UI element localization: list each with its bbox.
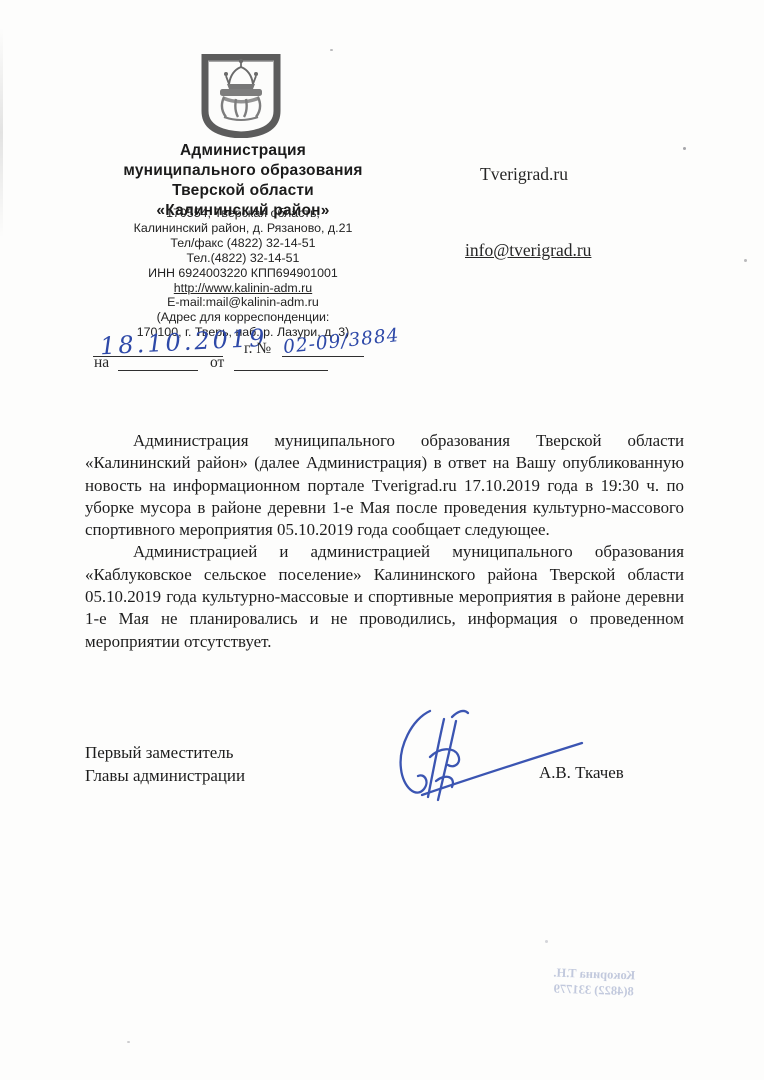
scan-speck xyxy=(127,1041,130,1043)
postal-note-line: (Адрес для корреспонденции: xyxy=(78,310,408,325)
bleedthrough-text: Кокорина Т.Н. 8(4822) 331779 xyxy=(533,964,654,1000)
bleedthrough-line: 8(4822) 331779 xyxy=(533,980,653,1000)
coat-of-arms-icon xyxy=(196,54,286,138)
signer-name: А.В. Ткачев xyxy=(539,763,624,783)
org-line: Администрация xyxy=(88,141,398,161)
letterhead-contacts: 170554, Тверская область, Калининский ра… xyxy=(78,206,408,340)
recipient-email: info@tverigrad.ru xyxy=(465,240,591,261)
na-label: на xyxy=(94,354,109,372)
body-paragraph-1: Администрация муниципального образования… xyxy=(85,430,684,541)
signer-position: Первый заместитель Главы администрации xyxy=(85,742,245,787)
phone-line: Тел.(4822) 32-14-51 xyxy=(78,251,408,266)
na-blank-line xyxy=(118,370,198,371)
scan-speck xyxy=(545,940,548,943)
signer-position-line: Главы администрации xyxy=(85,765,245,788)
body-paragraph-2: Администрацией и администрацией муниципа… xyxy=(85,541,684,652)
scan-speck xyxy=(744,259,747,262)
recipient-name: Tverigrad.ru xyxy=(480,164,568,185)
number-label: г. № xyxy=(244,340,271,358)
address-line: Калининский район, д. Рязаново, д.21 xyxy=(78,221,408,236)
date-blank-line xyxy=(93,356,223,357)
inn-kpp-line: ИНН 6924003220 КПП694901001 xyxy=(78,266,408,281)
org-line: Тверской области xyxy=(88,181,398,201)
letter-body: Администрация муниципального образования… xyxy=(85,430,684,653)
scan-edge-smudge xyxy=(0,28,3,238)
org-line: муниципального образования xyxy=(88,161,398,181)
email-line: E-mail:mail@kalinin-adm.ru xyxy=(78,295,408,310)
website-link: http://www.kalinin-adm.ru xyxy=(78,281,408,296)
signature-icon xyxy=(392,697,592,805)
scan-speck xyxy=(330,49,333,51)
phone-fax-line: Тел/факс (4822) 32-14-51 xyxy=(78,236,408,251)
address-line: 170554, Тверская область, xyxy=(78,206,408,221)
ot-label: от xyxy=(210,354,224,372)
signer-position-line: Первый заместитель xyxy=(85,742,245,765)
scan-speck xyxy=(683,147,686,150)
ot-blank-line xyxy=(234,370,328,371)
scanned-letter-page: Администрация муниципального образования… xyxy=(0,0,764,1080)
